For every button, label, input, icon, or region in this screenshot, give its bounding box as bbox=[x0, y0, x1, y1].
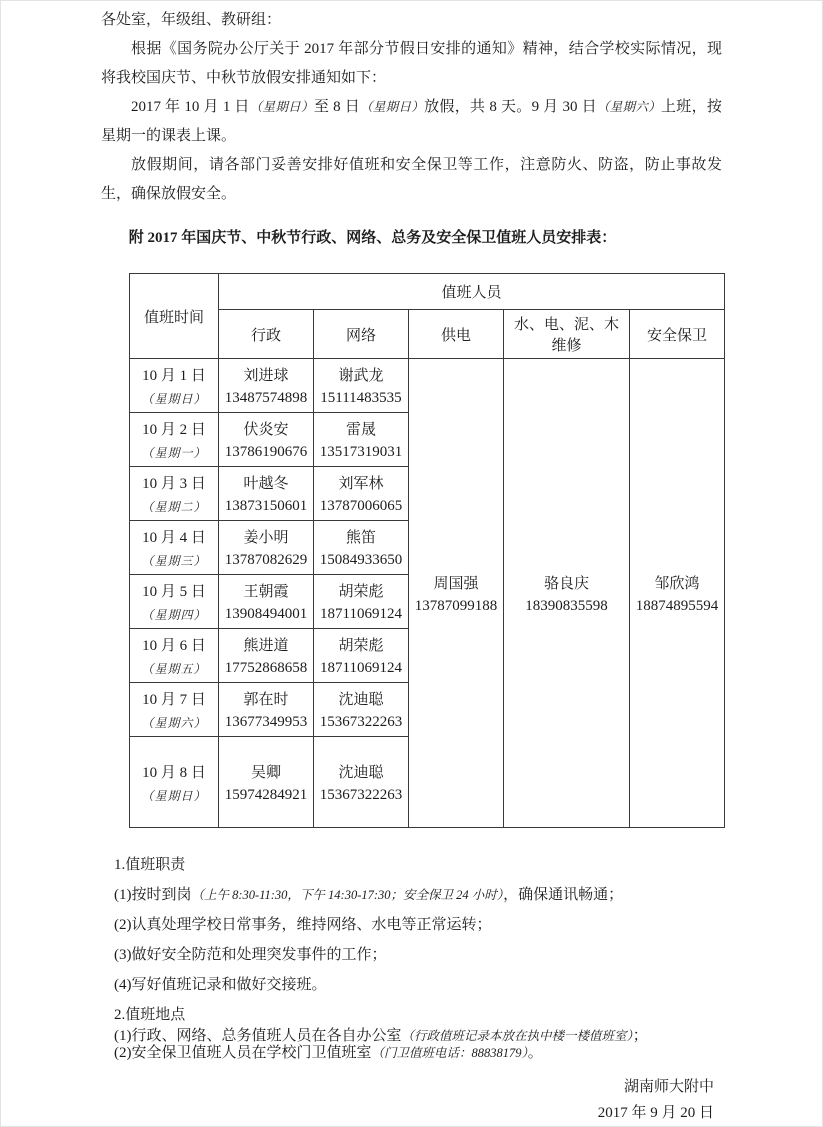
person-name: 胡荣彪 bbox=[318, 580, 404, 601]
person-phone: 13873150601 bbox=[223, 498, 309, 515]
person-name: 郭在时 bbox=[223, 688, 309, 709]
salutation: 各处室，年级组、教研组： bbox=[101, 6, 722, 35]
weekday-text: （星期日） bbox=[134, 390, 214, 407]
network-duty-cell: 沈迪聪15367322263 bbox=[314, 737, 409, 828]
person-phone: 13487574898 bbox=[223, 390, 309, 407]
network-duty-cell: 谢武龙15111483535 bbox=[314, 359, 409, 413]
header-row-group: 值班时间 值班人员 bbox=[130, 274, 725, 310]
paragraph-basis: 根据《国务院办公厅关于 2017 年部分节假日安排的通知》精神，结合学校实际情况… bbox=[101, 35, 722, 93]
date-text: 10 月 1 日 bbox=[134, 364, 214, 385]
person-name: 周国强 bbox=[413, 572, 499, 593]
location-item-2-phone: （门卫值班电话：88838179） bbox=[372, 1046, 528, 1060]
person-name: 谢武龙 bbox=[318, 364, 404, 385]
admin-duty-cell: 伏炎安13786190676 bbox=[219, 413, 314, 467]
person-name: 姜小明 bbox=[223, 526, 309, 547]
admin-duty-cell: 熊进道17752868658 bbox=[219, 629, 314, 683]
person-phone: 17752868658 bbox=[223, 660, 309, 677]
paragraph-safety: 放假期间，请各部门妥善安排好值班和安全保卫等工作，注意防火、防盗，防止事故发生，… bbox=[101, 151, 722, 209]
person-name: 沈迪聪 bbox=[318, 761, 404, 782]
person-phone: 18874895594 bbox=[634, 598, 720, 615]
date-text: 10 月 6 日 bbox=[134, 634, 214, 655]
weekday-text: （星期四） bbox=[134, 606, 214, 623]
weekday-text: （星期六） bbox=[134, 714, 214, 731]
date-text: 10 月 7 日 bbox=[134, 688, 214, 709]
header-maintenance: 水、电、泥、木维修 bbox=[504, 310, 630, 359]
duty-item-3: (3)做好安全防范和处理突发事件的工作； bbox=[114, 940, 722, 970]
person-phone: 13787006065 bbox=[318, 498, 404, 515]
network-duty-cell: 刘军林13787006065 bbox=[314, 467, 409, 521]
header-row-departments: 行政 网络 供电 水、电、泥、木维修 安全保卫 bbox=[130, 310, 725, 359]
weekday-text: （星期三） bbox=[134, 552, 214, 569]
person-name: 沈迪聪 bbox=[318, 688, 404, 709]
date-text: 10 月 5 日 bbox=[134, 580, 214, 601]
person-name: 吴卿 bbox=[223, 761, 309, 782]
date-cell: 10 月 7 日（星期六） bbox=[130, 683, 219, 737]
person-phone: 18390835598 bbox=[508, 598, 625, 615]
duty-item-4: (4)写好值班记录和做好交接班。 bbox=[114, 970, 722, 1000]
weekday-text: （星期二） bbox=[134, 498, 214, 515]
document-content: 各处室，年级组、教研组： 根据《国务院办公厅关于 2017 年部分节假日安排的通… bbox=[1, 1, 822, 1126]
admin-duty-cell: 叶越冬13873150601 bbox=[219, 467, 314, 521]
person-phone: 15084933650 bbox=[318, 552, 404, 569]
header-duty-staff: 值班人员 bbox=[219, 274, 725, 310]
person-name: 熊进道 bbox=[223, 634, 309, 655]
duties-title: 1.值班职责 bbox=[114, 850, 722, 880]
admin-duty-cell: 郭在时13677349953 bbox=[219, 683, 314, 737]
person-name: 骆良庆 bbox=[508, 572, 625, 593]
location-item-2-tail: 。 bbox=[528, 1045, 543, 1061]
duty-item-1-tail: ，确保通讯畅通； bbox=[503, 887, 623, 903]
location-item-1-note: （行政值班记录本放在执中楼一楼值班室） bbox=[402, 1029, 633, 1043]
date-cell: 10 月 3 日（星期二） bbox=[130, 467, 219, 521]
network-duty-cell: 沈迪聪15367322263 bbox=[314, 683, 409, 737]
admin-duty-cell: 刘进球13487574898 bbox=[219, 359, 314, 413]
duty-roster-table: 值班时间 值班人员 行政 网络 供电 水、电、泥、木维修 安全保卫 10 月 1… bbox=[129, 273, 725, 828]
duty-item-1-hours: （上午 8:30-11:30，下午 14:30-17:30；安全保卫 24 小时… bbox=[192, 888, 504, 902]
table-title: 附 2017 年国庆节、中秋节行政、网络、总务及安全保卫值班人员安排表： bbox=[101, 224, 722, 253]
person-phone: 13908494001 bbox=[223, 606, 309, 623]
person-name: 刘进球 bbox=[223, 364, 309, 385]
holiday-weekday-3: （星期六） bbox=[597, 100, 661, 114]
duty-item-1-text: (1)按时到岗 bbox=[114, 887, 192, 903]
location-item-2-text: (2)安全保卫值班人员在学校门卫值班室 bbox=[114, 1045, 372, 1061]
network-duty-cell: 胡荣彪18711069124 bbox=[314, 629, 409, 683]
person-phone: 15974284921 bbox=[223, 787, 309, 804]
person-phone: 15111483535 bbox=[318, 390, 404, 407]
location-item-1: (1)行政、网络、总务值班人员在各自办公室（行政值班记录本放在执中楼一楼值班室）… bbox=[114, 1028, 722, 1045]
date-cell: 10 月 6 日（星期五） bbox=[130, 629, 219, 683]
person-name: 胡荣彪 bbox=[318, 634, 404, 655]
location-item-2: (2)安全保卫值班人员在学校门卫值班室（门卫值班电话：88838179）。 bbox=[114, 1045, 722, 1062]
person-phone: 13786190676 bbox=[223, 444, 309, 461]
person-phone: 13677349953 bbox=[223, 714, 309, 731]
person-name: 雷晟 bbox=[318, 418, 404, 439]
date-text: 10 月 8 日 bbox=[134, 761, 214, 782]
person-name: 熊笛 bbox=[318, 526, 404, 547]
person-name: 邹欣鸿 bbox=[634, 572, 720, 593]
header-network: 网络 bbox=[314, 310, 409, 359]
admin-duty-cell: 姜小明13787082629 bbox=[219, 521, 314, 575]
person-phone: 13787099188 bbox=[413, 598, 499, 615]
weekday-text: （星期五） bbox=[134, 660, 214, 677]
admin-duty-cell: 吴卿15974284921 bbox=[219, 737, 314, 828]
table-row: 10 月 1 日（星期日） 刘进球13487574898 谢武龙15111483… bbox=[130, 359, 725, 413]
person-phone: 13787082629 bbox=[223, 552, 309, 569]
signature-school: 湖南师大附中 bbox=[101, 1074, 714, 1100]
date-cell: 10 月 4 日（星期三） bbox=[130, 521, 219, 575]
header-security: 安全保卫 bbox=[630, 310, 725, 359]
security-duty-cell: 邹欣鸿18874895594 bbox=[630, 359, 725, 828]
location-item-1-tail: ； bbox=[633, 1028, 648, 1044]
holiday-weekday-2: （星期日） bbox=[360, 100, 424, 114]
holiday-text-2: 至 8 日 bbox=[314, 99, 360, 115]
date-text: 10 月 2 日 bbox=[134, 418, 214, 439]
signature-block: 湖南师大附中 2017 年 9 月 20 日 bbox=[101, 1074, 722, 1126]
network-duty-cell: 熊笛15084933650 bbox=[314, 521, 409, 575]
date-cell: 10 月 8 日（星期日） bbox=[130, 737, 219, 828]
network-duty-cell: 雷晟13517319031 bbox=[314, 413, 409, 467]
duty-item-1: (1)按时到岗（上午 8:30-11:30，下午 14:30-17:30；安全保… bbox=[114, 880, 722, 910]
holiday-text-3: 放假，共 8 天。9 月 30 日 bbox=[424, 99, 597, 115]
signature-date: 2017 年 9 月 20 日 bbox=[101, 1100, 714, 1126]
location-item-1-text: (1)行政、网络、总务值班人员在各自办公室 bbox=[114, 1028, 402, 1044]
holiday-weekday-1: （星期日） bbox=[250, 100, 314, 114]
holiday-text-1: 2017 年 10 月 1 日 bbox=[131, 99, 250, 115]
date-cell: 10 月 1 日（星期日） bbox=[130, 359, 219, 413]
date-cell: 10 月 5 日（星期四） bbox=[130, 575, 219, 629]
network-duty-cell: 胡荣彪18711069124 bbox=[314, 575, 409, 629]
weekday-text: （星期一） bbox=[134, 444, 214, 461]
person-phone: 18711069124 bbox=[318, 606, 404, 623]
person-name: 伏炎安 bbox=[223, 418, 309, 439]
person-phone: 15367322263 bbox=[318, 714, 404, 731]
locations-section: 2.值班地点 (1)行政、网络、总务值班人员在各自办公室（行政值班记录本放在执中… bbox=[114, 1002, 722, 1062]
paragraph-holiday-dates: 2017 年 10 月 1 日（星期日）至 8 日（星期日）放假，共 8 天。9… bbox=[101, 93, 722, 151]
date-cell: 10 月 2 日（星期一） bbox=[130, 413, 219, 467]
duty-item-2: (2)认真处理学校日常事务，维持网络、水电等正常运转； bbox=[114, 910, 722, 940]
person-phone: 15367322263 bbox=[318, 787, 404, 804]
locations-title: 2.值班地点 bbox=[114, 1002, 722, 1028]
person-name: 王朝霞 bbox=[223, 580, 309, 601]
maintenance-duty-cell: 骆良庆18390835598 bbox=[504, 359, 630, 828]
header-duty-time: 值班时间 bbox=[130, 274, 219, 359]
power-duty-cell: 周国强13787099188 bbox=[409, 359, 504, 828]
header-power: 供电 bbox=[409, 310, 504, 359]
date-text: 10 月 3 日 bbox=[134, 472, 214, 493]
person-phone: 13517319031 bbox=[318, 444, 404, 461]
person-name: 刘军林 bbox=[318, 472, 404, 493]
person-phone: 18711069124 bbox=[318, 660, 404, 677]
header-admin: 行政 bbox=[219, 310, 314, 359]
notice-document-page: 各处室，年级组、教研组： 根据《国务院办公厅关于 2017 年部分节假日安排的通… bbox=[0, 0, 823, 1127]
admin-duty-cell: 王朝霞13908494001 bbox=[219, 575, 314, 629]
person-name: 叶越冬 bbox=[223, 472, 309, 493]
duties-section: 1.值班职责 (1)按时到岗（上午 8:30-11:30，下午 14:30-17… bbox=[114, 850, 722, 1000]
date-text: 10 月 4 日 bbox=[134, 526, 214, 547]
weekday-text: （星期日） bbox=[134, 787, 214, 804]
